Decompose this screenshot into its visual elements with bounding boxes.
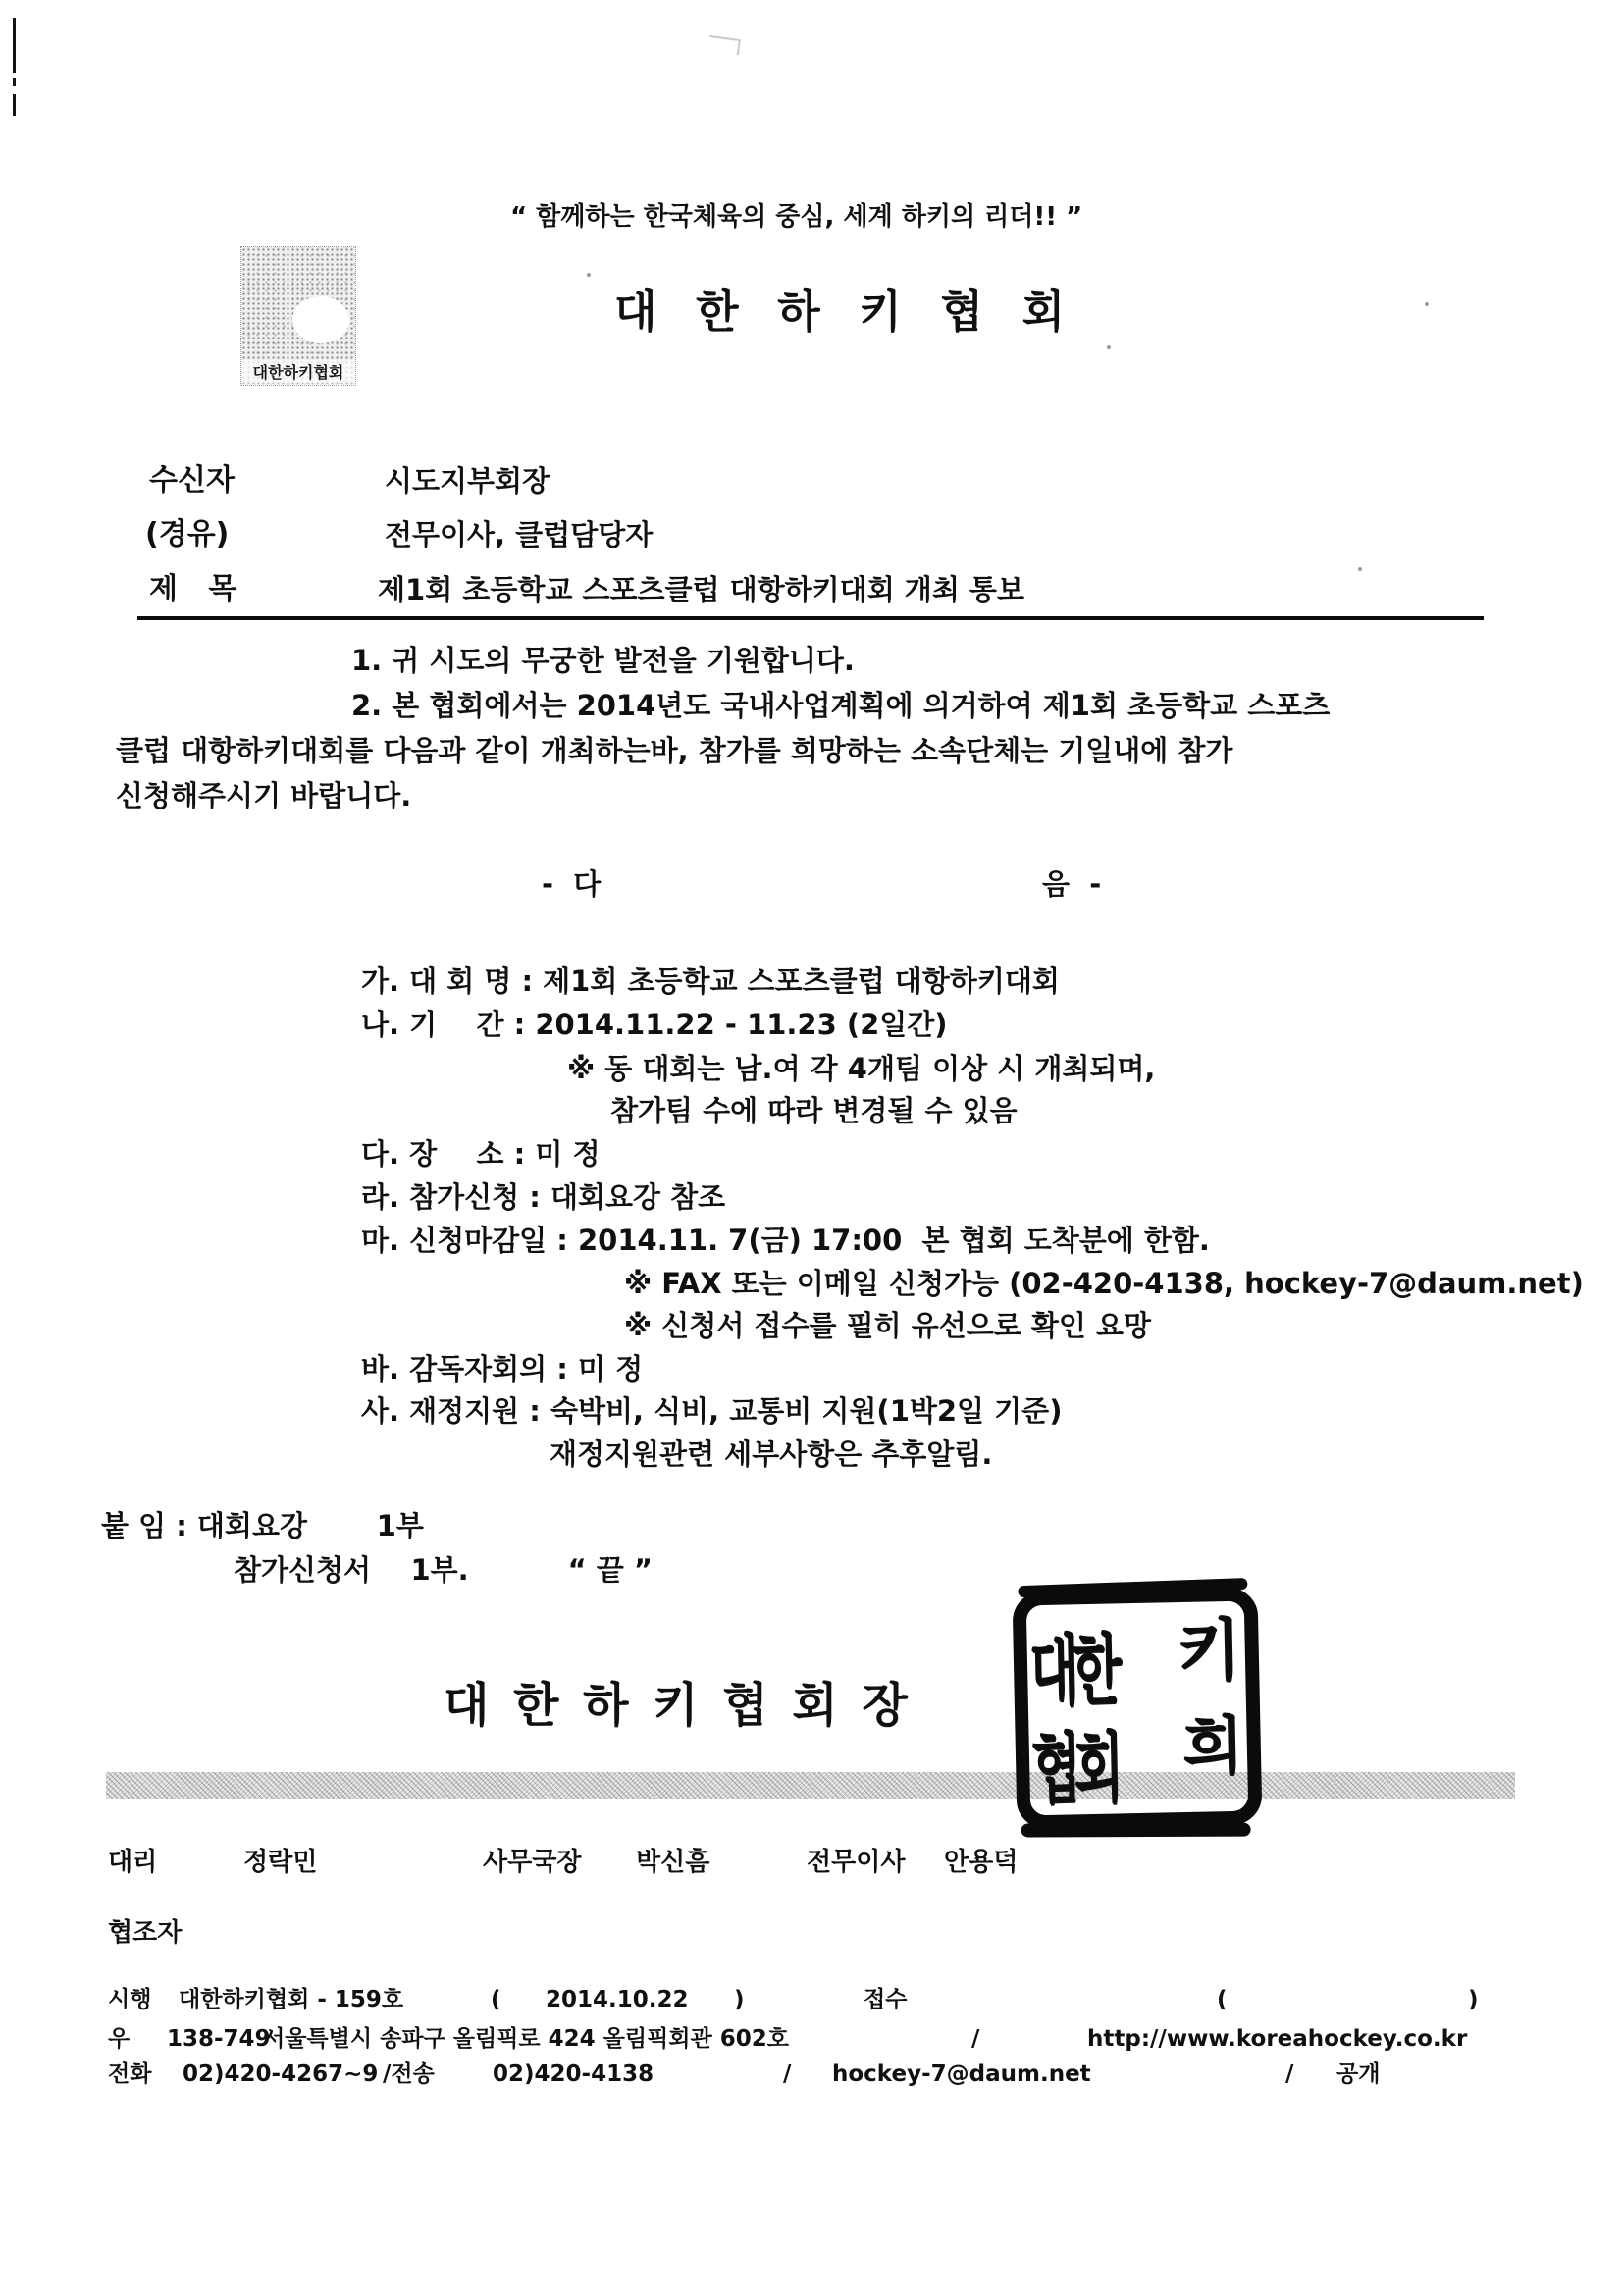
footer-paren-open-2: (: [1217, 1988, 1228, 2012]
daeum-right: 음 -: [1042, 869, 1101, 901]
association-logo: 대한하키협회: [241, 247, 355, 385]
footer-website-url: http://www.koreahockey.co.kr: [1087, 2027, 1467, 2052]
daeum-left: - 다: [542, 869, 601, 901]
detail-item-event-name: 가. 대 회 명 : 제1회 초등학교 스포츠클럽 대항하키대회: [361, 966, 1060, 998]
scan-artifact-curl: [707, 35, 741, 55]
footer-slash-2: /: [783, 2062, 791, 2087]
footer-paren-close-2: ): [1468, 1988, 1479, 2012]
official-seal-stamp: 대한 협회 키 희: [1012, 1587, 1262, 1829]
detail-item-period: 나. 기 간 : 2014.11.22 - 11.23 (2일간): [361, 1010, 948, 1041]
footer-phone-number: 02)420-4267~9: [183, 2062, 378, 2087]
org-title: 대 한 하 키 협 회: [614, 287, 1076, 337]
recipient-value: 시도지부회장: [385, 466, 550, 497]
detail-note-confirm: ※ 신청서 접수를 필히 유선으로 확인 요망: [624, 1311, 1151, 1342]
via-label: (경유): [145, 518, 229, 550]
signer-name-daeri: 정락민: [243, 1849, 317, 1877]
seal-glyphs-bottom-left: 협회: [1030, 1705, 1118, 1817]
footer-issue-label: 시행: [108, 1988, 151, 2012]
footer-disclosure: 공개: [1336, 2062, 1380, 2087]
detail-note-fax-email: ※ FAX 또는 이메일 신청가능 (02-420-4138, hockey-7…: [624, 1269, 1584, 1300]
signer-role-samu: 사무국장: [483, 1849, 581, 1877]
footer-receipt-label: 접수: [864, 1988, 907, 2012]
body-paragraph-1: 1. 귀 시도의 무궁한 발전을 기원합니다.: [351, 646, 855, 677]
signer-name-jeonmu: 안용덕: [944, 1849, 1018, 1877]
via-value: 전무이사, 클럽담당자: [385, 520, 653, 551]
detail-item-venue: 다. 장 소 : 미 정: [361, 1139, 600, 1171]
detail-item-funding-cont: 재정지원관련 세부사항은 추후알림.: [550, 1439, 992, 1471]
detail-item-registration: 라. 참가신청 : 대회요강 참조: [361, 1182, 725, 1214]
attachment-line-1: 붙 임 : 대회요강 1부: [101, 1511, 424, 1542]
halftone-band: [106, 1772, 1515, 1799]
cooperator-label: 협조자: [108, 1919, 182, 1948]
header-divider: [137, 616, 1484, 620]
seal-glyphs-top-left: 대한: [1028, 1607, 1116, 1719]
attachment-line-2: 참가신청서 1부. “ 끝 ”: [234, 1555, 653, 1587]
footer-doc-number: 대한하키협회 - 159호: [179, 1988, 403, 2012]
detail-item-deadline: 마. 신청마감일 : 2014.11. 7(금) 17:00 본 협회 도착분에…: [361, 1226, 1210, 1257]
signer-role-daeri: 대리: [108, 1849, 157, 1877]
footer-phone-label: 전화: [108, 2062, 151, 2087]
footer-issue-date: 2014.10.22: [546, 1988, 689, 2012]
subject-label: 제 목: [149, 573, 236, 605]
body-paragraph-2-line1: 2. 본 협회에서는 2014년도 국내사업계획에 의거하여 제1회 초등학교 …: [351, 691, 1330, 722]
footer-slash-3: /: [1285, 2062, 1293, 2087]
detail-item-funding: 사. 재정지원 : 숙박비, 식비, 교통비 지원(1박2일 기준): [361, 1396, 1062, 1428]
recipient-label: 수신자: [149, 464, 235, 496]
detail-note-teams: ※ 동 대회는 남.여 각 4개팀 이상 시 개최되며,: [567, 1054, 1155, 1085]
footer-email: hockey-7@daum.net: [832, 2062, 1091, 2087]
scan-artifact-dash: [13, 94, 16, 116]
scan-speck: [1107, 345, 1111, 349]
detail-item-meeting: 바. 감독자회의 : 미 정: [361, 1354, 643, 1385]
footer-fax-label: /전송: [383, 2062, 435, 2087]
scan-speck: [1425, 302, 1429, 306]
footer-paren-close-1: ): [734, 1988, 745, 2012]
scan-artifact-dash: [13, 78, 16, 86]
scan-speck: [1358, 567, 1362, 571]
slogan: “ 함께하는 한국체육의 중심, 세계 하키의 리더!! ”: [510, 203, 1082, 232]
subject-value: 제1회 초등학교 스포츠클럽 대항하키대회 개최 통보: [378, 575, 1024, 606]
logo-caption: 대한하키협회: [241, 360, 355, 383]
scan-speck: [587, 273, 591, 277]
detail-note-teams-cont: 참가팀 수에 따라 변경될 수 있음: [610, 1096, 1018, 1127]
footer-fax-number: 02)420-4138: [493, 2062, 654, 2087]
footer-address: 서울특별시 송파구 올림픽로 424 올림픽회관 602호: [263, 2027, 789, 2052]
footer-zip-code: 138-749: [167, 2027, 271, 2052]
logo-bird-blob: [292, 296, 349, 343]
body-paragraph-2-line2: 클럽 대항하키대회를 다음과 같이 개최하는바, 참가를 희망하는 소속단체는 …: [116, 736, 1232, 767]
seal-glyphs-top-right: 키: [1176, 1597, 1242, 1694]
scan-artifact-line: [13, 18, 16, 73]
signer-role-jeonmu: 전무이사: [807, 1849, 905, 1877]
signer-name-samu: 박신흠: [636, 1849, 709, 1877]
signoff-title: 대 한 하 키 협 회 장: [444, 1680, 912, 1732]
footer-zip-label: 우: [108, 2027, 130, 2052]
seal-glyphs-bottom-right: 희: [1181, 1696, 1244, 1787]
footer-paren-open-1: (: [491, 1988, 501, 2012]
footer-slash-1: /: [971, 2027, 979, 2052]
scanned-official-letter: “ 함께하는 한국체육의 중심, 세계 하키의 리더!! ” 대한하키협회 대 …: [0, 0, 1623, 2296]
body-paragraph-2-line3: 신청해주시기 바랍니다.: [116, 781, 411, 812]
